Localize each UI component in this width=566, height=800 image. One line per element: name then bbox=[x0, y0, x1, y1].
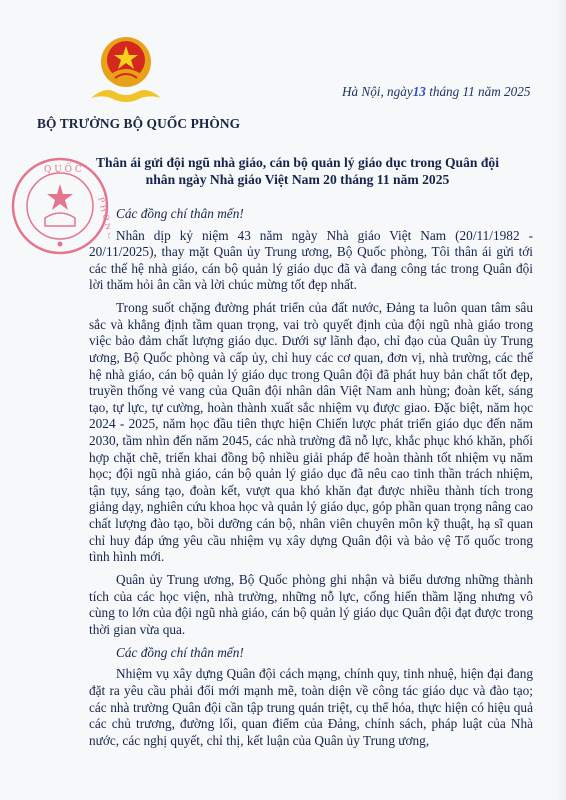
paragraph: Quân ủy Trung ương, Bộ Quốc phòng ghi nh… bbox=[89, 572, 533, 638]
date-prefix: Hà Nội, ngày bbox=[342, 84, 413, 99]
title-line-2: nhân ngày Nhà giáo Việt Nam 20 tháng 11 … bbox=[60, 171, 535, 188]
page-edge bbox=[556, 0, 566, 800]
paragraph: Trong suốt chặng đường phát triển của đấ… bbox=[89, 300, 533, 566]
salutation: Các đồng chí thân mến! bbox=[89, 206, 533, 223]
date-line: Hà Nội, ngày13 tháng 11 năm 2025 bbox=[342, 84, 530, 100]
paragraph: Nhiệm vụ xây dựng Quân đội cách mạng, ch… bbox=[89, 666, 533, 749]
date-suffix: tháng 11 năm 2025 bbox=[429, 84, 530, 99]
paragraph: Nhân dịp kỷ niệm 43 năm ngày Nhà giáo Vi… bbox=[89, 228, 533, 294]
letter-title: Thân ái gửi đội ngũ nhà giáo, cán bộ quả… bbox=[60, 154, 535, 188]
organization-name: BỘ TRƯỞNG BỘ QUỐC PHÒNG bbox=[37, 116, 240, 132]
letter-page: BỘ TRƯỞNG BỘ QUỐC PHÒNG Hà Nội, ngày13 t… bbox=[0, 0, 566, 800]
national-emblem-icon bbox=[85, 34, 167, 106]
title-line-1: Thân ái gửi đội ngũ nhà giáo, cán bộ quả… bbox=[60, 154, 535, 171]
handwritten-day: 13 bbox=[413, 84, 426, 99]
letter-body: Các đồng chí thân mến! Nhân dịp kỷ niệm … bbox=[89, 206, 533, 756]
salutation: Các đồng chí thân mến! bbox=[89, 645, 533, 662]
